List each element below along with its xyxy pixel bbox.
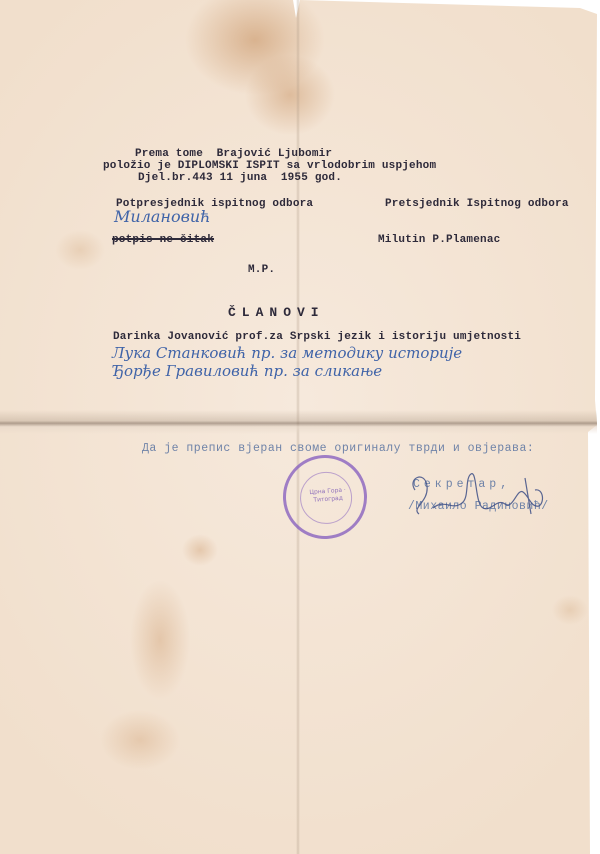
secretary-signature-icon <box>405 468 555 518</box>
vice-chair-note: potpis ne čitak <box>112 234 214 246</box>
typed-member: Darinka Jovanović prof.za Srpski jezik i… <box>113 331 521 343</box>
stamp-text: Црна Гора · Титоград <box>293 485 362 506</box>
horizontal-fold-crease <box>0 410 597 434</box>
members-heading: ČLANOVI <box>228 307 325 319</box>
vice-chair-signature: Милановић <box>114 208 211 226</box>
header-line-3: Djel.br.443 11 juna 1955 god. <box>138 172 342 184</box>
handwritten-member-1: Лука Станковић пр. за методику историје <box>112 344 462 362</box>
header-line-1: Prema tome Brajović Ljubomir <box>135 148 332 160</box>
seal-mark: M.P. <box>248 264 275 276</box>
handwritten-member-2: Ђорђе Гравиловић пр. за сликање <box>112 362 382 380</box>
chair-title: Pretsjednik Ispitnog odbora <box>385 198 569 210</box>
certification-text: Да је препис вјеран своме оригиналу тврд… <box>142 442 534 455</box>
header-line-2: položio je DIPLOMSKI ISPIT sa vrlodobrim… <box>103 160 436 172</box>
chair-name: Milutin P.Plamenac <box>378 234 500 246</box>
